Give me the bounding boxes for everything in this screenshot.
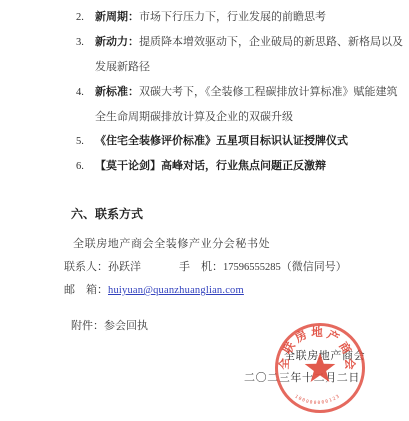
document-page: 2.新周期：市场下行压力下，行业发展的前瞻思考 3.新动力：提质降本增效驱动下，… <box>0 0 409 421</box>
seal-serial-digit: 1 <box>327 397 335 405</box>
seal-serial-digit: 0 <box>300 397 308 405</box>
seal-serial-digit: 0 <box>320 399 327 406</box>
phone-number: 17596555285 <box>223 262 281 273</box>
agenda-item-4-text2: 全生命周期碳排放计算及企业的双碳升级 <box>95 111 293 123</box>
seal-arc-char: 房 <box>290 325 312 347</box>
seal-serial-digit: 0 <box>323 398 330 405</box>
contact-person-name: 孙跃洋 <box>108 261 141 273</box>
email-label: 邮 箱： <box>64 284 108 296</box>
seal-arc-char: 产 <box>322 325 344 347</box>
contact-section-heading: 六、联系方式 <box>71 207 143 221</box>
agenda-item-2-number: 2. <box>76 11 95 25</box>
email-line: 邮 箱：huiyuan@quanzhuanglian.com <box>64 283 244 298</box>
contact-person-line: 联系人：孙跃洋手 机：17596555285（微信同号） <box>64 260 347 275</box>
agenda-item-2-text: 市场下行压力下，行业发展的前瞻思考 <box>139 11 326 23</box>
seal-serial-digit: 0 <box>296 395 304 403</box>
agenda-item-6-text: 【莫干论剑】高峰对话，行业焦点问题正反激辩 <box>95 160 326 172</box>
agenda-item-3-text2: 发展新路径 <box>95 61 150 73</box>
agenda-item-4-text: 双碳大考下，《全装修工程碳排放计算标准》赋能建筑 <box>139 86 398 98</box>
agenda-item-2: 2.新周期：市场下行压力下，行业发展的前瞻思考 <box>76 10 326 25</box>
phone-label: 手 机： <box>179 261 223 273</box>
agenda-item-3-text: 提质降本增效驱动下，企业破局的新思路、新格局以及 <box>139 36 403 48</box>
agenda-item-6: 6.【莫干论剑】高峰对话，行业焦点问题正反激辩 <box>76 159 326 174</box>
attachment-label: 附件： <box>71 320 104 332</box>
agenda-item-3-continuation: 发展新路径 <box>95 60 150 74</box>
agenda-item-4-label: 新标准： <box>95 86 139 98</box>
agenda-item-2-label: 新周期： <box>95 11 139 23</box>
seal-ring <box>275 323 365 413</box>
agenda-item-3: 3.新动力：提质降本增效驱动下，企业破局的新思路、新格局以及 <box>76 35 403 50</box>
signature-org: 全联房地产商会 <box>284 347 365 363</box>
email-link[interactable]: huiyuan@quanzhuanglian.com <box>108 285 244 296</box>
agenda-item-5-number: 5. <box>76 135 95 149</box>
contact-person-label: 联系人： <box>64 261 108 273</box>
seal-serial-digit: 2 <box>330 395 338 403</box>
seal-serial-digit: 0 <box>308 399 315 406</box>
official-seal: 全联房地产商会 100000000123 <box>275 323 365 413</box>
agenda-item-4-continuation: 全生命周期碳排放计算及企业的双碳升级 <box>95 110 293 124</box>
seal-serial-digit: 1 <box>292 393 300 401</box>
attachment-line: 附件：参会回执 <box>71 319 148 333</box>
agenda-item-4: 4.新标准：双碳大考下，《全装修工程碳排放计算标准》赋能建筑 <box>76 85 398 100</box>
seal-serial-digit: 0 <box>303 398 310 405</box>
seal-serial-digit: 0 <box>316 400 322 406</box>
signature-date: 二〇二三年十二月二日 <box>244 369 360 385</box>
seal-arc-char: 地 <box>309 324 325 340</box>
agenda-item-3-number: 3. <box>76 36 95 50</box>
agenda-item-5-text: 《住宅全装修评价标准》五星项目标识认证授牌仪式 <box>95 135 348 147</box>
agenda-item-5: 5.《住宅全装修评价标准》五星项目标识认证授牌仪式 <box>76 134 348 149</box>
attachment-text: 参会回执 <box>104 320 148 332</box>
phone-note: （微信同号） <box>281 261 347 273</box>
agenda-item-4-number: 4. <box>76 86 95 100</box>
seal-serial-digit: 3 <box>334 393 342 401</box>
agenda-item-6-number: 6. <box>76 160 95 174</box>
contact-org-line: 全联房地产商会全装修产业分会秘书处 <box>73 237 270 251</box>
seal-serial-digit: 0 <box>312 400 318 406</box>
agenda-item-3-label: 新动力： <box>95 36 139 48</box>
